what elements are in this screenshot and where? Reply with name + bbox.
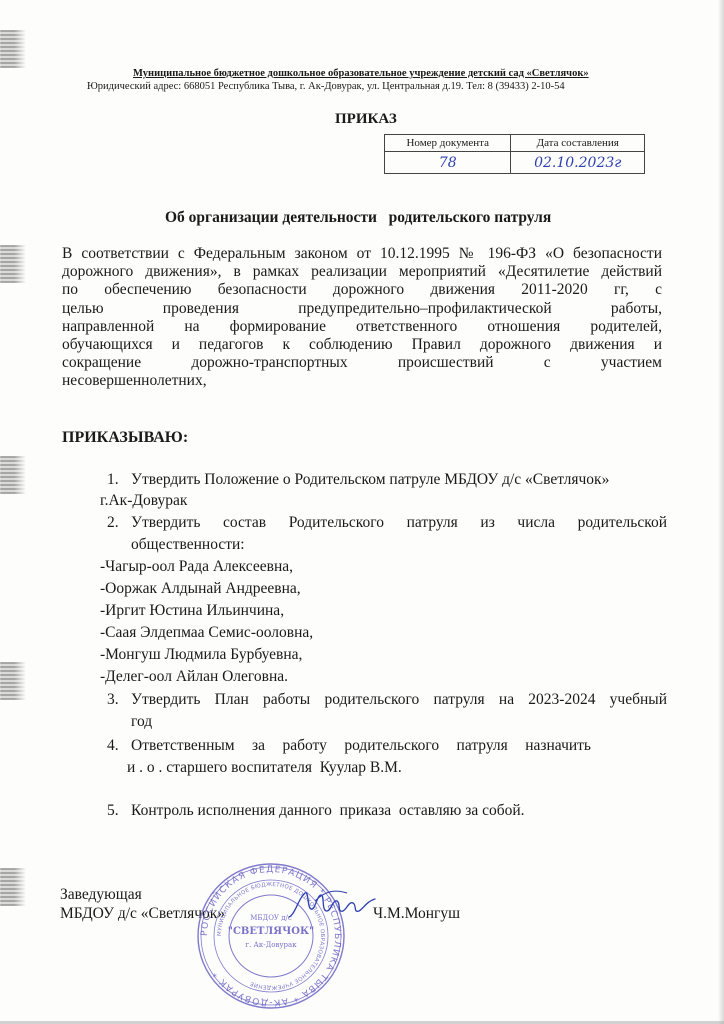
organization-address: Юридический адрес: 668051 Республика Тыв…	[87, 81, 565, 92]
item-text: Контроль исполнения данного приказа оста…	[131, 802, 525, 820]
column-header-doc-number: Номер документа	[385, 135, 511, 152]
order-item-3: 3. Утвердить План работы родительского п…	[107, 691, 667, 710]
scan-artifact	[0, 456, 26, 494]
order-item-2-continuation: общественности:	[131, 536, 245, 554]
order-item-1: 1. Утвердить Положение о Родительском па…	[107, 471, 667, 490]
item-number: 5.	[107, 802, 119, 820]
item-text: Утвердить План работы родительского патр…	[131, 691, 667, 709]
scan-artifact	[0, 245, 26, 283]
document-title: ПРИКАЗ	[335, 111, 397, 128]
preamble-paragraph: В соответствии с Федеральным законом от …	[62, 245, 662, 391]
scan-artifact	[0, 662, 26, 700]
preamble-line: сокращение дорожно-транспортных происшес…	[62, 354, 662, 372]
document-subject: Об организации деятельности родительског…	[165, 209, 551, 227]
item-text: Утвердить состав Родительского патруля и…	[131, 514, 667, 532]
document-date-value: 02.10.2023г	[511, 152, 645, 174]
column-header-date: Дата составления	[511, 135, 645, 152]
scan-artifact	[0, 868, 26, 906]
item-text: Ответственным за работу родительского па…	[131, 737, 591, 755]
order-item-2: 2. Утвердить состав Родительского патрул…	[107, 514, 667, 533]
order-item-4: 4. Ответственным за работу родительского…	[107, 737, 667, 756]
preamble-line: дорожного движения», в рамках реализации…	[62, 263, 662, 281]
order-item-1-continuation: г.Ак-Довурак	[100, 492, 187, 510]
patrol-member: -Чагыр-оол Рада Алексеевна,	[100, 558, 293, 576]
scan-edge-right	[718, 0, 724, 1024]
patrol-member: -Монгуш Людмила Бурбуевна,	[100, 646, 302, 664]
stamp-line-3: г. Ак-Довурак	[245, 941, 297, 949]
handwritten-signature-icon	[285, 887, 380, 925]
signatory-name: Ч.М.Монгуш	[373, 905, 460, 923]
signatory-position: Заведующая	[60, 886, 142, 904]
preamble-line: несовершеннолетних,	[62, 372, 662, 390]
preamble-line: В соответствии с Федеральным законом от …	[62, 245, 662, 263]
preamble-line: по обеспечению безопасности дорожного дв…	[62, 281, 662, 299]
item-number: 4.	[107, 737, 119, 755]
item-number: 3.	[107, 691, 119, 709]
order-item-3-continuation: год	[131, 713, 152, 731]
patrol-member: -Саая Элдепмаа Семис-ооловна,	[100, 624, 313, 642]
patrol-member: -Делег-оол Айлан Олеговна.	[100, 668, 288, 686]
stamp-line-2: "СВЕТЛЯЧОК"	[228, 926, 315, 937]
order-item-5: 5. Контроль исполнения данного приказа о…	[107, 802, 667, 821]
patrol-member: -Иргит Юстина Ильинчина,	[100, 602, 284, 620]
document-number-value: 78	[385, 152, 511, 174]
preamble-line: целью проведения предупредительно–профил…	[62, 300, 662, 318]
preamble-line: направленной на формирование ответственн…	[62, 318, 662, 336]
patrol-member: -Ооржак Алдынай Андреевна,	[100, 580, 301, 598]
registration-table: Номер документа Дата составления 78 02.1…	[384, 134, 645, 174]
order-item-4-continuation: и . о . старшего воспитателя Куулар В.М.	[127, 759, 402, 777]
item-text: Утвердить Положение о Родительском патру…	[131, 471, 609, 489]
item-number: 1.	[107, 471, 119, 489]
preamble-line: обучающихся и педагогов к соблюдению Пра…	[62, 336, 662, 354]
orders-heading: ПРИКАЗЫВАЮ:	[62, 429, 188, 447]
organization-name: Муниципальное бюджетное дошкольное образ…	[133, 68, 589, 79]
scan-artifact	[0, 30, 26, 68]
official-stamp-icon: РОССИЙСКАЯ ФЕДЕРАЦИЯ * РЕСПУБЛИКА ТЫВА *…	[183, 862, 359, 1010]
item-number: 2.	[107, 514, 119, 532]
